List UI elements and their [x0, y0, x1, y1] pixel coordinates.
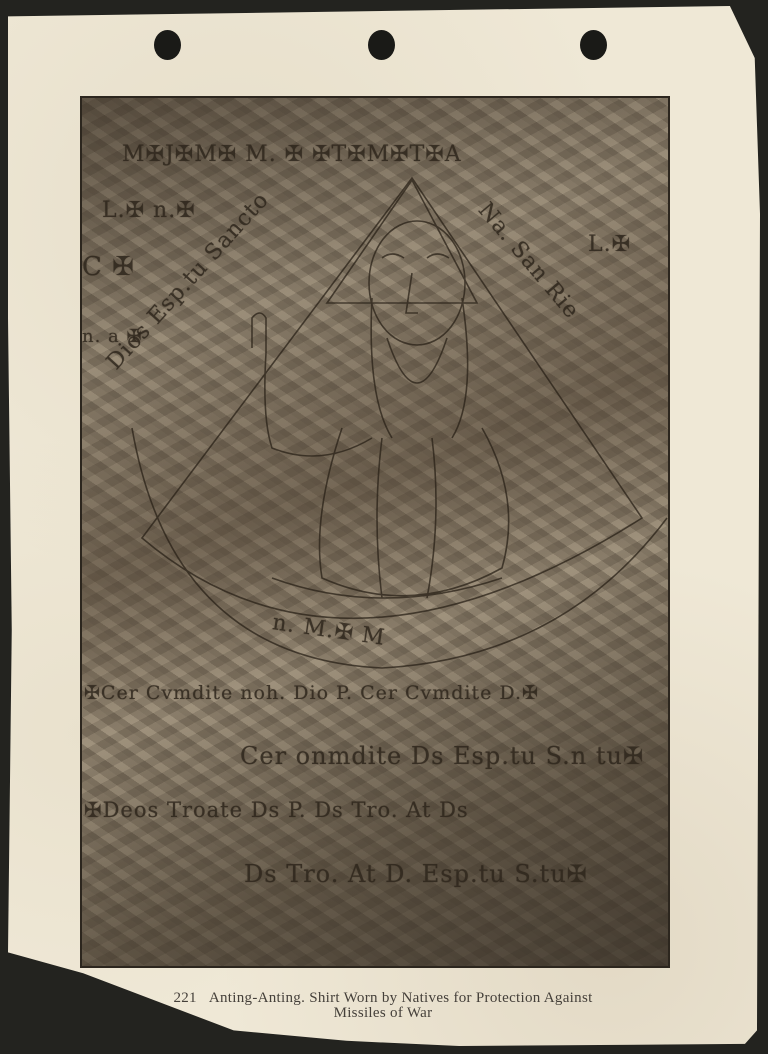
anting-anting-photograph: M✠J✠M✠ M. ✠ ✠T✠M✠T✠A L.✠ n.✠ L.✠ C ✠ n. … [80, 96, 670, 968]
figure-number: 221 [173, 990, 196, 1006]
document-page: M✠J✠M✠ M. ✠ ✠T✠M✠T✠A L.✠ n.✠ L.✠ C ✠ n. … [8, 6, 760, 1046]
binder-hole [580, 30, 607, 60]
inscription-line-4: Ds Tro. At D. Esp.tu S.tu✠ [244, 860, 588, 888]
shirt-drawing [82, 98, 670, 968]
inscription-top-row: M✠J✠M✠ M. ✠ ✠T✠M✠T✠A [122, 142, 462, 167]
inscription-row2-right: L.✠ [588, 232, 631, 257]
inscription-line-3: ✠Deos Troate Ds P. Ds Tro. At Ds [84, 798, 469, 822]
binder-hole [154, 30, 181, 60]
inscription-line-1: ✠Cer Cvmdite noh. Dio P. Cer Cvmdite D.✠ [84, 682, 539, 704]
caption-line-1: 221Anting-Anting. Shirt Worn by Natives … [80, 991, 686, 1006]
caption-text-1: Anting-Anting. Shirt Worn by Natives for… [209, 990, 593, 1006]
inscription-row2-left: L.✠ n.✠ [102, 198, 196, 223]
figure-caption: 221Anting-Anting. Shirt Worn by Natives … [80, 991, 686, 1021]
binder-hole [368, 30, 395, 60]
inscription-line-2: Cer onmdite Ds Esp.tu S.n tu✠ [240, 742, 644, 770]
caption-line-2: Missiles of War [80, 1006, 686, 1021]
inscription-row3-left: C ✠ [82, 252, 135, 282]
